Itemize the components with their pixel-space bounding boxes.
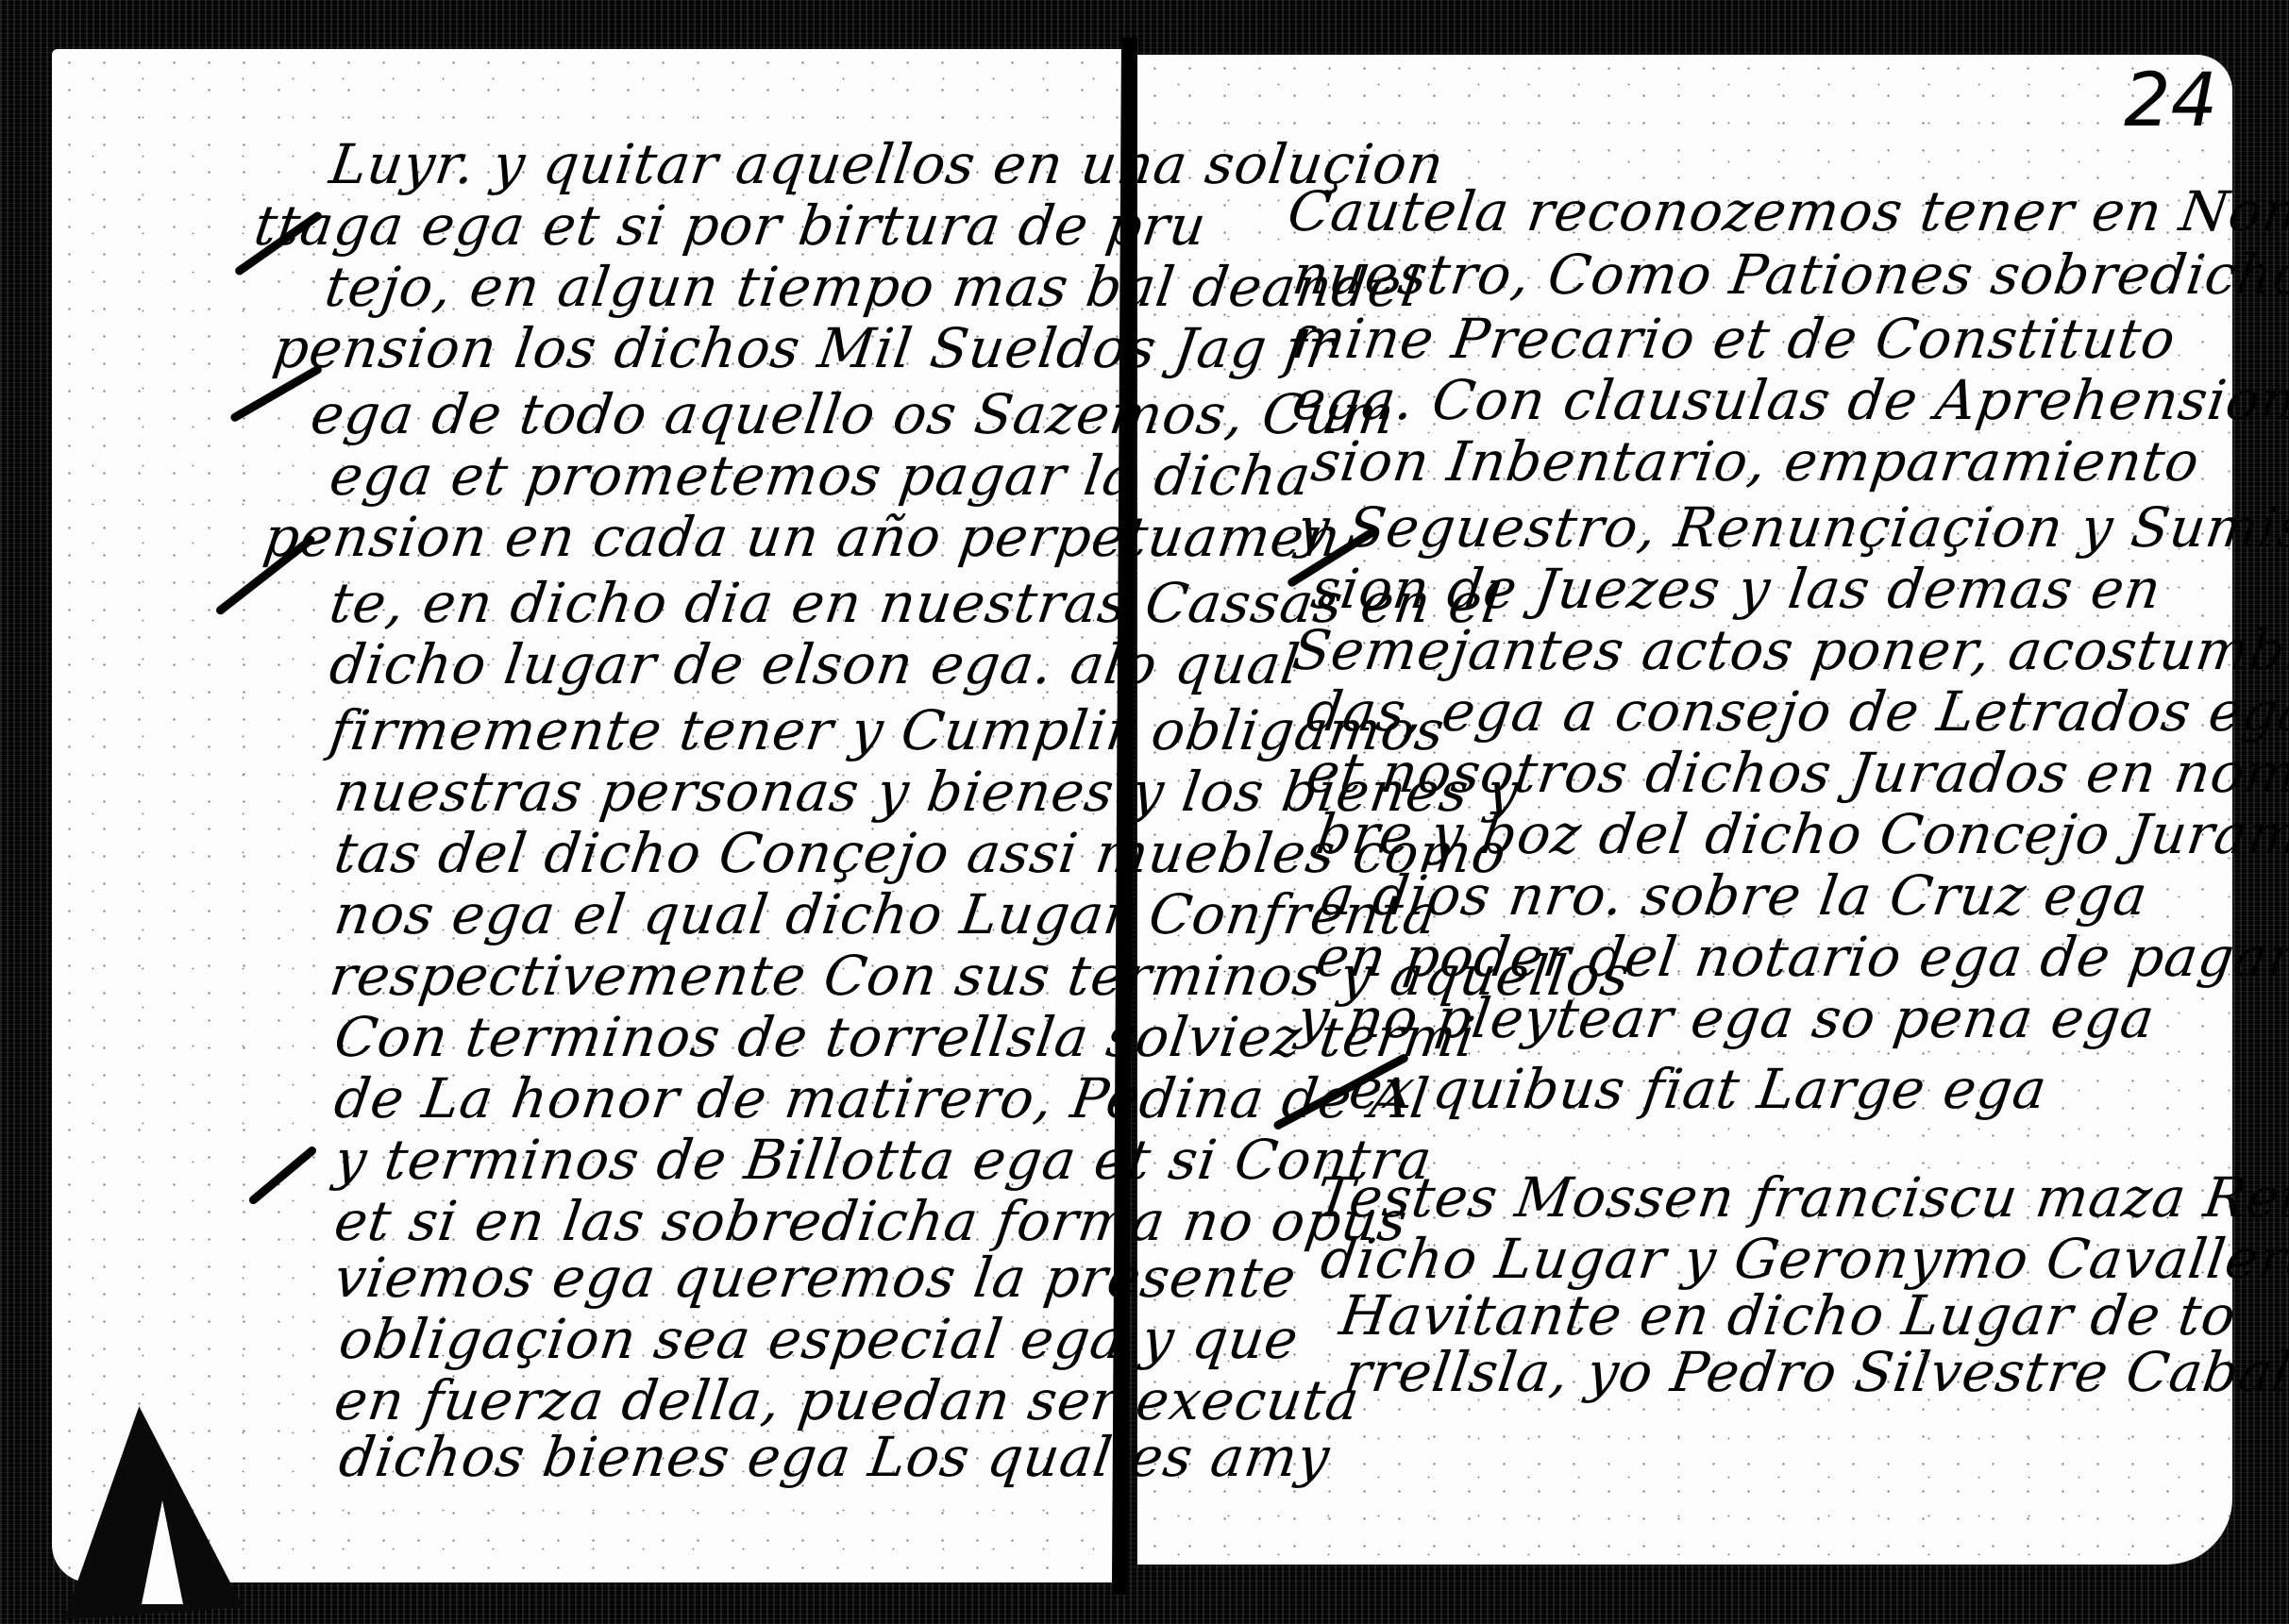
right-line: y Seguestro, Renunçiaçion y Sumis: [1294, 500, 2289, 555]
left-line: nos ega el qual dicho Lugar Confrenta: [331, 887, 1440, 942]
right-line: Testes Mossen franciscu maza Rettor de: [1313, 1170, 2289, 1225]
left-line: y terminos de Billotta ega et si Contra: [331, 1132, 1436, 1187]
right-line: ex quibus fiat Large ega: [1346, 1062, 2050, 1116]
left-line: dicho lugar de elson ega. alo qual: [327, 637, 1304, 692]
left-line: de La honor de matirero, Pedina de Al: [331, 1071, 1433, 1126]
left-line: tejo, en algun tiempo mas bal deandel: [322, 260, 1424, 314]
left-line: et si en las sobredicha forma no opus: [331, 1194, 1411, 1248]
right-line: ega. Con clausulas de Aprehension: [1289, 373, 2289, 427]
left-line: Luyr. y quitar aquellos en una soluçion: [327, 137, 1448, 192]
left-line: pension los dichos Mil Sueldos Jag fr: [270, 321, 1338, 376]
right-line: en poder del notario ega de pagar: [1313, 929, 2289, 984]
right-line: et nosotros dichos Jurados en nom: [1304, 745, 2289, 800]
right-line: nuestro, Como Pationes sobredichos, No: [1289, 247, 2289, 302]
left-line: dichos bienes ega Los qual es amy: [336, 1430, 1334, 1484]
left-line: en fuerza della, puedan ser executa: [331, 1373, 1363, 1428]
right-line: dicho Lugar y Geronymo Cavallero,: [1318, 1231, 2289, 1286]
right-line: Cautela reconozemos tener en Nombre: [1285, 184, 2289, 239]
right-line: y no pleytear ega so pena ega: [1294, 991, 2159, 1046]
left-line: obligaçion sea especial ega y que: [336, 1312, 1302, 1366]
left-line: firmemente tener y Cumplir obligamos: [327, 703, 1448, 758]
left-line: ega de todo aquello os Sazemos, Cum: [308, 387, 1399, 442]
right-line: rrellsla, yo Pedro Silvestre Caballero, …: [1341, 1345, 2289, 1399]
right-line: das, ega a consejo de Letrados ega a: [1304, 684, 2289, 739]
left-line: pension en cada un año perpetuamen: [261, 510, 1344, 564]
left-line: viemos ega queremos la presente: [331, 1250, 1300, 1305]
right-line: bre y boz del dicho Concejo Juramos: [1313, 807, 2289, 862]
left-line: ega et prometemos pagar la dicha: [327, 448, 1315, 503]
right-line: mine Precario et de Constituto: [1289, 311, 2180, 366]
right-line: a dios nro. sobre la Cruz ega: [1318, 868, 2151, 923]
right-line: sion de Juezes y las demas en: [1308, 561, 2165, 616]
right-line: Semejantes actos poner, acostumbra: [1289, 623, 2289, 678]
left-line: ttaga ega et si por birtura de pru: [251, 198, 1210, 253]
smudge-gap: [142, 1500, 183, 1604]
folio-number: 24: [2124, 59, 2217, 143]
right-line: Havitante en dicho Lugar de to: [1337, 1288, 2240, 1343]
right-line: sion Inbentario, emparamiento: [1308, 434, 2203, 489]
